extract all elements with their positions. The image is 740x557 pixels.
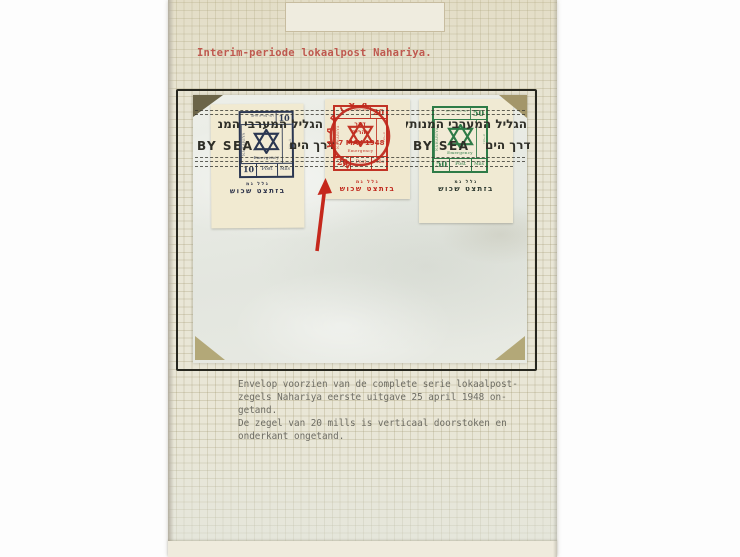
- svg-text:נהריה: נהריה: [352, 129, 369, 136]
- envelope: דאר נהריה חרום 10 NAHARIYA Emergency: [193, 95, 527, 363]
- label-window: [285, 2, 445, 32]
- cancel-derech-hayam-right: דרך הים: [485, 138, 531, 152]
- ink-frame: דאר נהריה חרום 10 NAHARIYA Emergency: [176, 89, 537, 371]
- caption-line: onderkant ongetand.: [238, 430, 538, 443]
- caption-line: Envelop voorzien van de complete serie l…: [238, 378, 538, 391]
- photo-mount-corner-bottom-left: [195, 336, 225, 360]
- caption-line: De zegel van 20 mills is verticaal doors…: [238, 417, 538, 430]
- page-title: Interim-periode lokaalpost Nahariya.: [197, 47, 432, 59]
- cancel-slogan-hebrew-right: הגליל המערבי המנותק: [406, 117, 527, 131]
- typed-caption: Envelop voorzien van de complete serie l…: [238, 378, 538, 443]
- svg-text:-7 MAY 1948: -7 MAY 1948: [336, 139, 385, 147]
- red-annotation-arrow: [311, 178, 335, 254]
- nahariya-datestamp: NAHARIYA דאר נהריה -7 MAY 1948: [327, 103, 393, 169]
- star-of-david-icon: [253, 128, 280, 153]
- caption-line: zegels Nahariya eerste uitgave 25 april …: [238, 391, 538, 404]
- svg-text:דאר: דאר: [354, 121, 366, 128]
- sheet-margin-inscription: גלל גמ בזתצט שכוש: [211, 182, 304, 196]
- cancel-by-sea-left: BY SEA: [197, 139, 253, 153]
- album-page-photo: Interim-periode lokaalpost Nahariya. דאר…: [0, 0, 740, 557]
- photo-mount-corner-bottom-right: [495, 336, 525, 360]
- caption-line: getand.: [238, 404, 538, 417]
- album-page: Interim-periode lokaalpost Nahariya. דאר…: [168, 0, 557, 557]
- cancel-by-sea-right: BY SEA: [413, 139, 469, 153]
- page-bottom-edge: [168, 541, 557, 557]
- sheet-margin-inscription: גלל גמ בזתצט שכוש: [325, 180, 410, 193]
- sheet-margin-inscription: גלל גמ בזתצט שכוש: [419, 180, 513, 193]
- svg-text:NAHARIYA: NAHARIYA: [327, 103, 374, 169]
- cancel-slogan-hebrew-left: הגליל המערבי המנ: [195, 117, 323, 131]
